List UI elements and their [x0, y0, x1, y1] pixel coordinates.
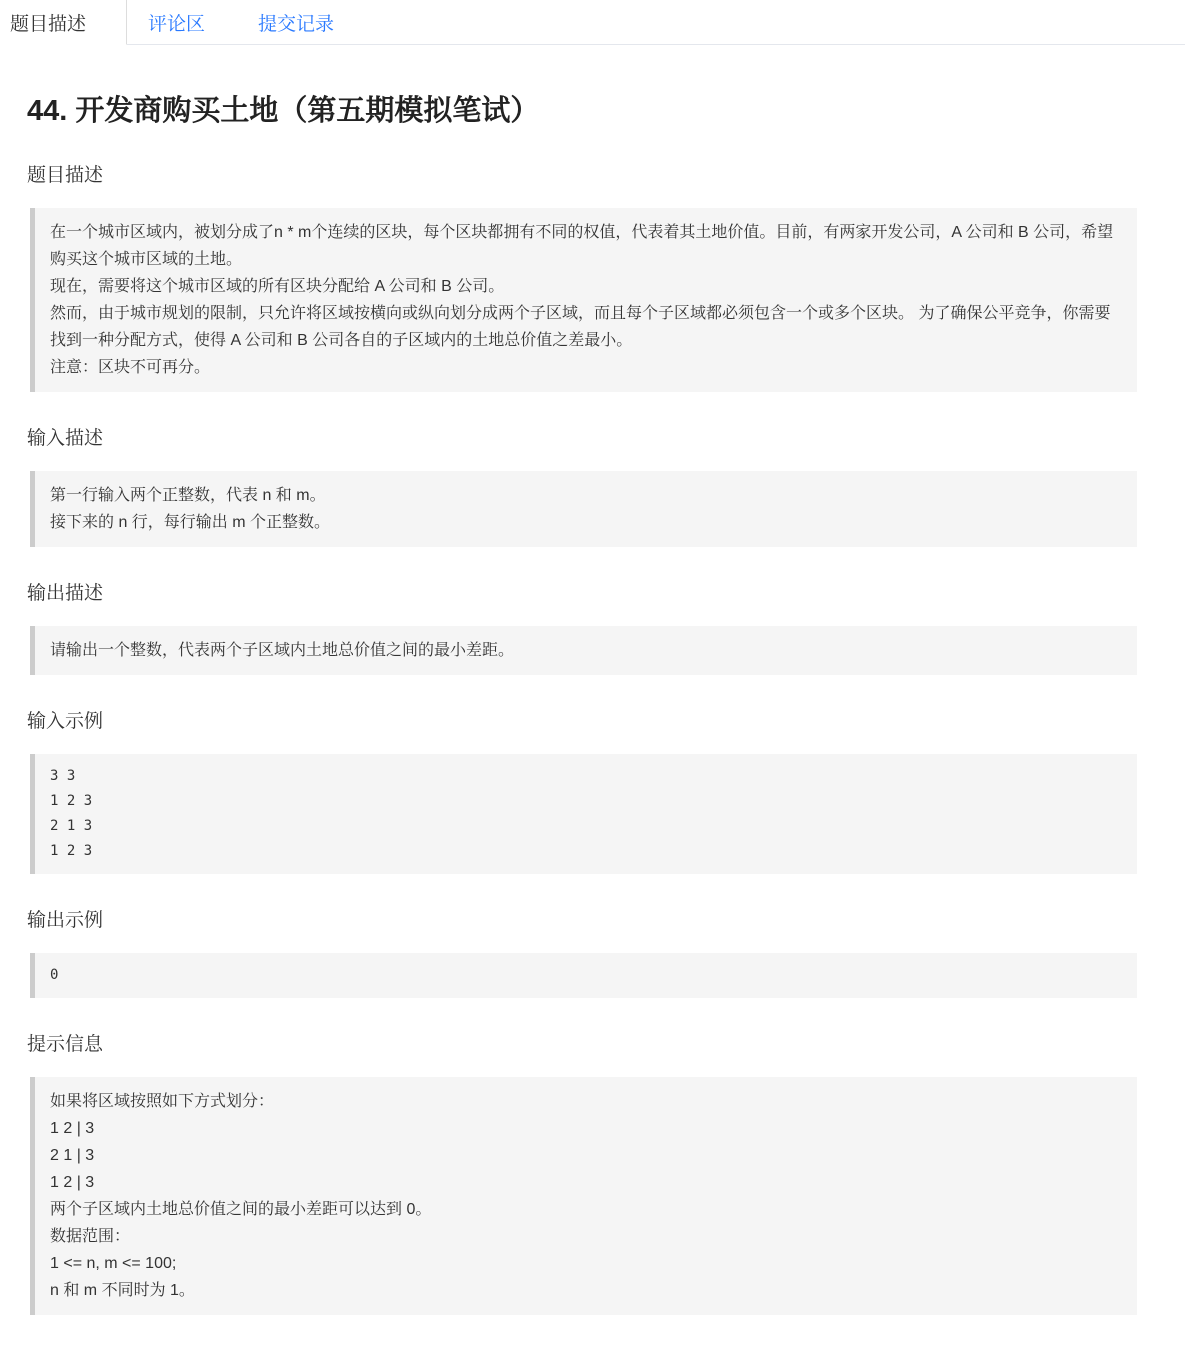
tab-problem-description[interactable]: 题目描述	[0, 0, 127, 45]
text-line: 如果将区域按照如下方式划分：	[50, 1088, 1122, 1115]
problem-description-block: 在一个城市区域内，被划分成了n * m个连续的区块，每个区块都拥有不同的权值，代…	[30, 208, 1137, 392]
text-line: 请输出一个整数，代表两个子区域内土地总价值之间的最小差距。	[50, 637, 1122, 664]
section-heading-problem-description: 题目描述	[27, 164, 1137, 188]
text-line: 然而，由于城市规划的限制，只允许将区域按横向或纵向划分成两个子区域，而且每个子区…	[50, 300, 1122, 354]
text-line: 两个子区域内土地总价值之间的最小差距可以达到 0。	[50, 1196, 1122, 1223]
tab-bar-rest: 评论区 提交记录	[127, 0, 1185, 45]
page-title: 44. 开发商购买土地（第五期模拟笔试）	[27, 93, 1137, 129]
text-line: 1 2 | 3	[50, 1169, 1122, 1196]
output-description-block: 请输出一个整数，代表两个子区域内土地总价值之间的最小差距。	[30, 626, 1137, 675]
output-example-code: 0	[30, 953, 1137, 998]
section-heading-output-example: 输出示例	[27, 909, 1137, 933]
hint-block: 如果将区域按照如下方式划分：1 2 | 32 1 | 31 2 | 3两个子区域…	[30, 1077, 1137, 1315]
text-line: 2 1 | 3	[50, 1142, 1122, 1169]
text-line: 第一行输入两个正整数，代表 n 和 m。	[50, 482, 1122, 509]
input-example-code: 3 3 1 2 3 2 1 3 1 2 3	[30, 754, 1137, 874]
tab-comments[interactable]: 评论区	[148, 9, 205, 36]
text-line: 1 <= n, m <= 100;	[50, 1250, 1122, 1277]
text-line: 接下来的 n 行，每行输出 m 个正整数。	[50, 509, 1122, 536]
tab-submissions[interactable]: 提交记录	[258, 9, 334, 36]
problem-page: 44. 开发商购买土地（第五期模拟笔试） 题目描述 在一个城市区域内，被划分成了…	[0, 93, 1185, 1345]
text-line: 现在，需要将这个城市区域的所有区块分配给 A 公司和 B 公司。	[50, 273, 1122, 300]
text-line: 注意：区块不可再分。	[50, 354, 1122, 381]
section-heading-input-example: 输入示例	[27, 710, 1137, 734]
section-heading-input-description: 输入描述	[27, 427, 1137, 451]
text-line: n 和 m 不同时为 1。	[50, 1277, 1122, 1304]
input-description-block: 第一行输入两个正整数，代表 n 和 m。接下来的 n 行，每行输出 m 个正整数…	[30, 471, 1137, 547]
text-line: 在一个城市区域内，被划分成了n * m个连续的区块，每个区块都拥有不同的权值，代…	[50, 219, 1122, 273]
section-heading-output-description: 输出描述	[27, 582, 1137, 606]
text-line: 1 2 | 3	[50, 1115, 1122, 1142]
text-line: 数据范围：	[50, 1223, 1122, 1250]
section-heading-hint: 提示信息	[27, 1033, 1137, 1057]
tab-bar: 题目描述 评论区 提交记录	[0, 0, 1185, 45]
